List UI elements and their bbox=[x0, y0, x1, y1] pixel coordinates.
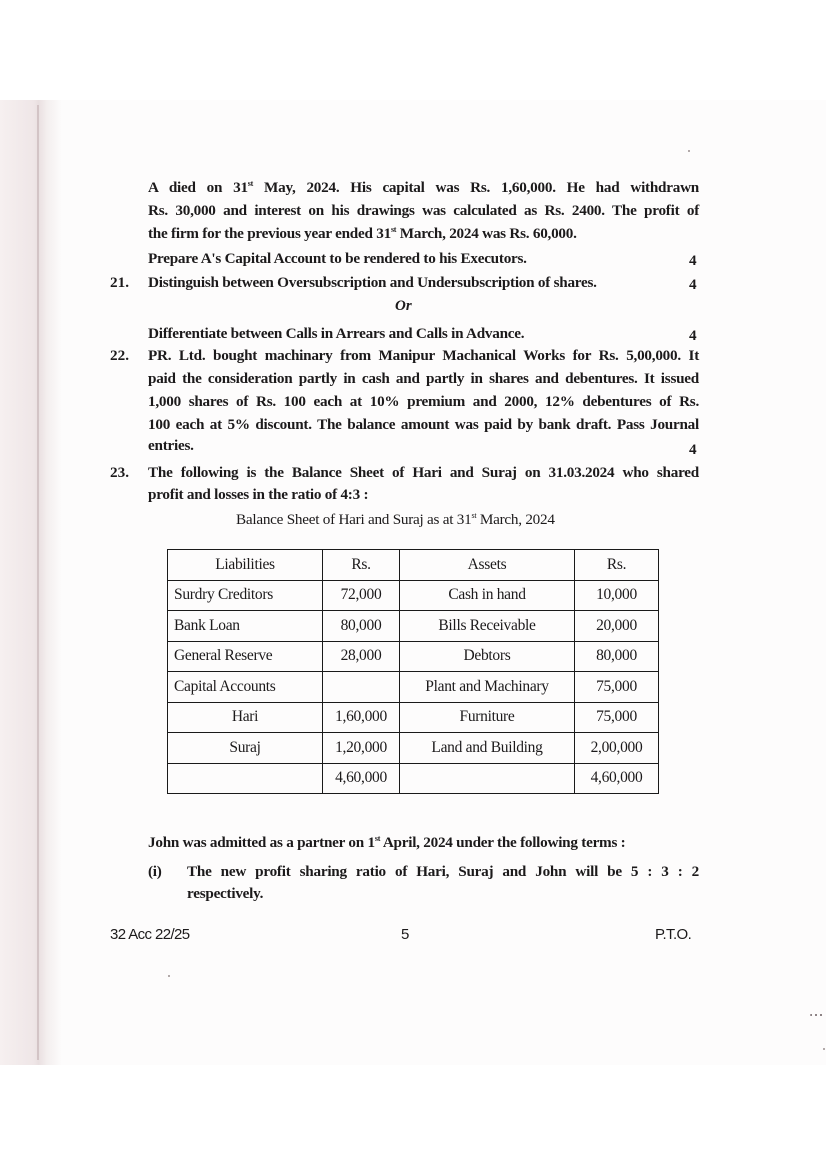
table-cell: Debtors bbox=[400, 641, 575, 672]
table-cell: Surdry Creditors bbox=[168, 580, 323, 611]
balance-sheet-title: Balance Sheet of Hari and Suraj as at 31… bbox=[236, 510, 555, 530]
admission-text: John was admitted as a partner on 1st Ap… bbox=[148, 833, 625, 853]
table-header-row: LiabilitiesRs.AssetsRs. bbox=[168, 550, 659, 581]
table-cell bbox=[168, 763, 323, 794]
table-row: Hari1,60,000Furniture75,000 bbox=[168, 702, 659, 733]
table-cell bbox=[400, 763, 575, 794]
question-22-number: 22. bbox=[110, 346, 129, 366]
intro-line-1: A died on 31st May, 2024. His capital wa… bbox=[148, 178, 699, 198]
intro-line-4: Prepare A's Capital Account to be render… bbox=[148, 249, 527, 269]
question-22-line-5: entries. bbox=[148, 436, 194, 456]
table-cell: 1,60,000 bbox=[323, 702, 400, 733]
table-row: Bank Loan80,000Bills Receivable20,000 bbox=[168, 611, 659, 642]
balance-sheet-table: LiabilitiesRs.AssetsRs.Surdry Creditors7… bbox=[167, 549, 659, 794]
question-21-number: 21. bbox=[110, 273, 129, 293]
question-22-line-4: 100 each at 5% discount. The balance amo… bbox=[148, 415, 699, 435]
question-22-line-2: paid the consideration partly in cash an… bbox=[148, 369, 699, 389]
table-cell: Hari bbox=[168, 702, 323, 733]
question-21-alt-marks: 4 bbox=[689, 326, 697, 346]
table-cell: 10,000 bbox=[575, 580, 659, 611]
table-row: Capital AccountsPlant and Machinary75,00… bbox=[168, 672, 659, 703]
page-fold-line bbox=[37, 105, 39, 1060]
table-cell: 4,60,000 bbox=[323, 763, 400, 794]
table-cell: Land and Building bbox=[400, 733, 575, 764]
table-cell: 80,000 bbox=[323, 611, 400, 642]
table-cell: 2,00,000 bbox=[575, 733, 659, 764]
table-cell: 72,000 bbox=[323, 580, 400, 611]
table-cell: Rs. bbox=[575, 550, 659, 581]
table-cell: Capital Accounts bbox=[168, 672, 323, 703]
table-cell: 75,000 bbox=[575, 672, 659, 703]
table-cell: Plant and Machinary bbox=[400, 672, 575, 703]
paper-code: 32 Acc 22/25 bbox=[110, 926, 190, 943]
table-cell: Bills Receivable bbox=[400, 611, 575, 642]
table-cell: Assets bbox=[400, 550, 575, 581]
table-row: General Reserve28,000Debtors80,000 bbox=[168, 641, 659, 672]
term-i-line-2: respectively. bbox=[187, 884, 263, 904]
term-i-line-1: The new profit sharing ratio of Hari, Su… bbox=[187, 862, 699, 882]
table-cell: General Reserve bbox=[168, 641, 323, 672]
table-cell: 20,000 bbox=[575, 611, 659, 642]
question-22-marks: 4 bbox=[689, 440, 697, 460]
page-edge-shadow bbox=[0, 100, 62, 1065]
intro-line-2: Rs. 30,000 and interest on his drawings … bbox=[148, 201, 699, 221]
table-cell: 80,000 bbox=[575, 641, 659, 672]
question-21-alt-text: Differentiate between Calls in Arrears a… bbox=[148, 324, 524, 344]
pto-label: P.T.O. bbox=[655, 926, 691, 943]
intro-line-3: the firm for the previous year ended 31s… bbox=[148, 224, 577, 244]
scan-speck bbox=[168, 975, 170, 977]
scan-speck bbox=[688, 150, 690, 152]
table-row: Surdry Creditors72,000Cash in hand10,000 bbox=[168, 580, 659, 611]
table-cell: Cash in hand bbox=[400, 580, 575, 611]
scan-speck bbox=[810, 1014, 824, 1016]
question-21-marks: 4 bbox=[689, 275, 697, 295]
table-row: 4,60,0004,60,000 bbox=[168, 763, 659, 794]
table-cell: 75,000 bbox=[575, 702, 659, 733]
table-cell: Rs. bbox=[323, 550, 400, 581]
table-cell: 4,60,000 bbox=[575, 763, 659, 794]
table-cell: Bank Loan bbox=[168, 611, 323, 642]
question-22-line-3: 1,000 shares of Rs. 100 each at 10% prem… bbox=[148, 392, 699, 412]
table-row: Suraj1,20,000Land and Building2,00,000 bbox=[168, 733, 659, 764]
question-23-line-2: profit and losses in the ratio of 4:3 : bbox=[148, 485, 368, 505]
question-22-line-1: PR. Ltd. bought machinary from Manipur M… bbox=[148, 346, 699, 366]
question-23-number: 23. bbox=[110, 463, 129, 483]
question-23-line-1: The following is the Balance Sheet of Ha… bbox=[148, 463, 699, 483]
question-21-text: Distinguish between Oversubscription and… bbox=[148, 273, 597, 293]
table-cell: 1,20,000 bbox=[323, 733, 400, 764]
page-number: 5 bbox=[401, 926, 409, 943]
table-cell: 28,000 bbox=[323, 641, 400, 672]
table-cell bbox=[323, 672, 400, 703]
table-cell: Liabilities bbox=[168, 550, 323, 581]
intro-marks: 4 bbox=[689, 251, 697, 271]
table-cell: Suraj bbox=[168, 733, 323, 764]
term-i-label: (i) bbox=[148, 862, 162, 882]
table-cell: Furniture bbox=[400, 702, 575, 733]
scan-speck bbox=[823, 1048, 825, 1050]
or-separator: Or bbox=[395, 298, 412, 315]
